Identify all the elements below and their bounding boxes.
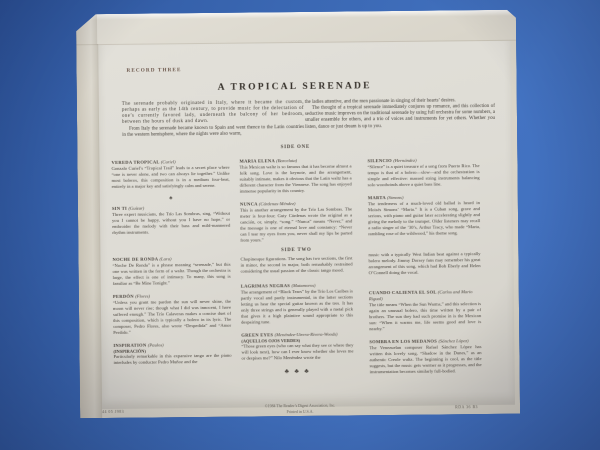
copyright-notice: ©1984 The Reader’s Digest Association, I… (170, 403, 430, 417)
track-note: GREEN EYES (Menéndez-Utrera-Rivera-Woods… (241, 331, 353, 362)
track-credit: (Flores) (135, 293, 150, 298)
track-credit: (Curiel) (161, 159, 176, 164)
track-note: MARTA (Simons) The tenderness of a much-… (368, 194, 480, 237)
track-note: SILENCIO (Hernández) “Silence” is a quie… (367, 157, 479, 188)
track-description: “Noche De Ronda” is a phrase meaning “se… (113, 262, 231, 287)
track-title: GREEN EYES (241, 332, 273, 337)
notes-column: VEREDA TROPICAL (Curiel) Gonzalo Curiel’… (111, 159, 230, 243)
intro-paragraph: The thought of a tropical serenade immed… (305, 104, 495, 130)
sleeve-top-edge-highlight (76, 10, 516, 21)
intro-column-right: the ladies attentive, and the men passio… (305, 98, 495, 131)
track-title: PERDÓN (113, 294, 134, 299)
track-credit: (Barcelata) (276, 158, 297, 163)
track-title: MARTA (368, 195, 386, 200)
track-description: Particularly remarkable in this expansiv… (113, 353, 231, 366)
intro-column-left: The serenade probably originated in Ital… (122, 100, 304, 139)
track-description: The tenderness of a much-loved old balla… (368, 200, 480, 237)
track-note: MARIA ELENA (Barcelata) This Mexican wal… (239, 157, 351, 194)
track-credit: (Lara) (159, 256, 171, 261)
track-credit: (Hernández) (393, 158, 416, 163)
notes-column: MARIA ELENA (Barcelata) This Mexican wal… (239, 157, 352, 250)
track-description: Three expert musicians, the Trío Las Som… (112, 211, 230, 236)
track-description: This is another arrangement by the Trío … (240, 206, 352, 243)
track-note: VEREDA TROPICAL (Curiel) Gonzalo Curiel’… (111, 159, 229, 190)
track-title: SOMBRA EN LOS MEDANOS (369, 338, 437, 344)
track-credit: (Menéndez-Utrera-Rivera-Woods) (275, 331, 338, 337)
track-description: Chopinesque figurations. The song has tw… (240, 255, 352, 274)
album-sleeve: RECORD THREE A TROPICAL SERENADE The ser… (76, 10, 520, 419)
intro-paragraph: From Italy the serenade became known to … (122, 124, 304, 138)
track-note: SIN TI (Guízar) Three expert musicians, … (112, 205, 230, 236)
track-note: INSPIRATION (Paulos) (INSPIRACIÓN) Parti… (113, 341, 231, 366)
track-description: This Mexican waltz is so famous that it … (239, 163, 351, 194)
track-credit: (Paulos) (148, 342, 164, 347)
track-description: music with a typically West Indian beat … (368, 251, 480, 276)
track-title: MARIA ELENA (239, 158, 274, 163)
catalog-code-right: RDA 36 B3 (455, 405, 478, 409)
track-credit: (Matamoros) (291, 283, 315, 288)
track-title: VEREDA TROPICAL (111, 159, 159, 165)
track-description: “Those green eyes (who can say what they… (241, 343, 353, 362)
track-title: SILENCIO (367, 158, 392, 163)
copyright-line: ©1984 The Reader’s Digest Association, I… (265, 404, 336, 409)
track-description: The title means “When the Sun Warms,” an… (369, 301, 481, 332)
notes-column: SILENCIO (Hernández) “Silence” is a quie… (367, 157, 480, 244)
track-note: CUANDO CALIENTA EL SOL (Carlos and Mario… (369, 289, 481, 332)
record-number-label: RECORD THREE (126, 67, 181, 74)
track-title: CUANDO CALIENTA EL SOL (369, 289, 437, 295)
track-note: PERDÓN (Flores) “Unless you grant me par… (113, 293, 231, 336)
track-note: NOCHE DE RONDA (Lara) “Noche De Ronda” i… (112, 256, 230, 287)
track-title: NOCHE DE RONDA (112, 256, 158, 261)
catalog-code-left: 44 05 J983 (102, 410, 124, 414)
notes-column: music with a typically West Indian beat … (368, 251, 481, 382)
track-description: “Silence” is a quiet treasure of a song … (367, 163, 479, 188)
notes-column: Chopinesque figurations. The song has tw… (240, 255, 353, 368)
notes-column: NOCHE DE RONDA (Lara) “Noche De Ronda” i… (112, 256, 231, 373)
fleuron-ornament-icon: ♣ (112, 196, 230, 204)
track-credit: (Cárdenas-Méndez) (259, 201, 296, 206)
track-note: NUNCA (Cárdenas-Méndez) This is another … (240, 200, 352, 243)
photo-of-record-sleeve: RECORD THREE A TROPICAL SERENADE The ser… (0, 0, 600, 450)
track-title: NUNCA (240, 201, 258, 206)
intro-paragraph: The serenade probably originated in Ital… (122, 100, 304, 126)
track-description: “Unless you grant me pardon the sun will… (113, 299, 231, 336)
printed-line: Printed in U.S.A. (287, 410, 314, 414)
track-note-continuation: Chopinesque figurations. The song has tw… (240, 255, 352, 274)
track-note-continuation: music with a typically West Indian beat … (368, 251, 480, 276)
track-credit: (Guízar) (128, 206, 144, 211)
track-title: INSPIRATION (113, 342, 146, 347)
track-credit: (Simons) (387, 195, 403, 200)
track-title: LAGRIMAS NEGRAS (241, 283, 290, 289)
track-note: LAGRIMAS NEGRAS (Matamoros) The arrangem… (241, 282, 353, 325)
track-credit: (Sánchez López) (438, 338, 468, 343)
track-description: The arrangement of “Black Tears” by the … (241, 288, 353, 325)
track-description: Gonzalo Curiel’s “Tropical Trail” leads … (111, 165, 229, 190)
track-title: SIN TI (112, 206, 127, 211)
